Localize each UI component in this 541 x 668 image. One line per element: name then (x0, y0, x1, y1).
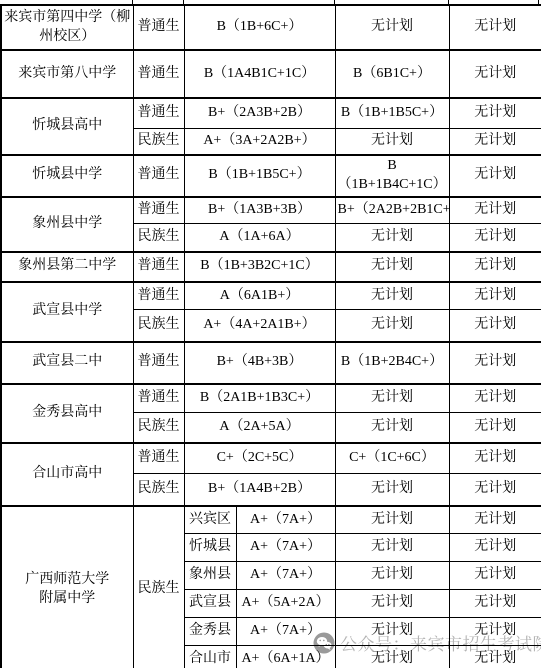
student-type-cell: 普通生 (133, 50, 184, 98)
student-type-cell: 普通生 (133, 282, 184, 310)
requirement-cell-2: 无计划 (335, 474, 449, 506)
admission-table-body: 来宾市第四中学（柳 州校区）普通生B（1B+6C+）无计划无计划来宾市第八中学普… (1, 5, 541, 668)
school-cell: 广西师范大学 附属中学 (1, 506, 133, 668)
school-cell: 象州县中学 (1, 197, 133, 252)
requirement-cell-1: B（1A4B1C+1C） (184, 50, 335, 98)
student-type-cell: 普通生 (133, 342, 184, 384)
school-cell: 来宾市第四中学（柳 州校区） (1, 5, 133, 50)
requirement-cell-2: B（1B+1B4C+1C） (335, 155, 449, 197)
school-cell: 金秀县高中 (1, 384, 133, 443)
student-type-cell: 普通生 (133, 443, 184, 474)
requirement-cell-3: 无计划 (449, 310, 541, 342)
requirement-cell-3: 无计划 (449, 590, 541, 618)
table-row: 来宾市第八中学普通生B（1A4B1C+1C）B（6B1C+）无计划 (1, 50, 541, 98)
district-cell: 金秀县 (184, 618, 236, 646)
requirement-cell-2: 无计划 (335, 506, 449, 534)
requirement-cell-3: 无计划 (449, 50, 541, 98)
requirement-cell-3: 无计划 (449, 128, 541, 155)
requirement-cell-1: A（6A1B+） (184, 282, 335, 310)
student-type-cell: 普通生 (133, 5, 184, 50)
district-cell: 武宣县 (184, 590, 236, 618)
requirement-cell-2: 无计划 (335, 128, 449, 155)
requirement-cell-2: B（6B1C+） (335, 50, 449, 98)
school-cell: 象州县第二中学 (1, 252, 133, 282)
requirement-cell-1: B（1B+1B5C+） (184, 155, 335, 197)
student-type-cell: 民族生 (133, 506, 184, 668)
table-row: 来宾市第四中学（柳 州校区）普通生B（1B+6C+）无计划无计划 (1, 5, 541, 50)
student-type-cell: 民族生 (133, 128, 184, 155)
table-row: 忻城县高中普通生B+（2A3B+2B）B（1B+1B5C+）无计划 (1, 98, 541, 128)
table-row: 忻城县中学普通生B（1B+1B5C+）B（1B+1B4C+1C）无计划 (1, 155, 541, 197)
requirement-cell-3: 无计划 (449, 98, 541, 128)
requirement-cell-2: C+（1C+6C） (335, 443, 449, 474)
district-cell: 忻城县 (184, 534, 236, 562)
student-type-cell: 普通生 (133, 384, 184, 413)
requirement-cell-1: A（2A+5A） (184, 413, 335, 443)
student-type-cell: 民族生 (133, 413, 184, 443)
school-cell: 武宣县二中 (1, 342, 133, 384)
requirement-cell-3: 无计划 (449, 342, 541, 384)
requirement-cell-3: 无计划 (449, 618, 541, 646)
requirement-cell-3: 无计划 (449, 646, 541, 668)
requirement-cell-3: 无计划 (449, 474, 541, 506)
requirement-cell-3: 无计划 (449, 197, 541, 224)
requirement-cell-1: A+（5A+2A） (236, 590, 335, 618)
table-row: 金秀县高中普通生B（2A1B+1B3C+）无计划无计划 (1, 384, 541, 413)
student-type-cell: 普通生 (133, 98, 184, 128)
requirement-cell-2: 无计划 (335, 413, 449, 443)
student-type-cell: 民族生 (133, 310, 184, 342)
requirement-cell-3: 无计划 (449, 252, 541, 282)
requirement-cell-2: B+（2A2B+2B1C+） (335, 197, 449, 224)
requirement-cell-3: 无计划 (449, 562, 541, 590)
requirement-cell-2: 无计划 (335, 224, 449, 252)
student-type-cell: 民族生 (133, 224, 184, 252)
requirement-cell-1: B+（2A3B+2B） (184, 98, 335, 128)
school-cell: 合山市高中 (1, 443, 133, 506)
requirement-cell-2: 无计划 (335, 384, 449, 413)
requirement-cell-1: A+（7A+） (236, 534, 335, 562)
student-type-cell: 普通生 (133, 252, 184, 282)
requirement-cell-3: 无计划 (449, 224, 541, 252)
table-row: 武宣县二中普通生B+（4B+3B）B（1B+2B4C+）无计划 (1, 342, 541, 384)
table-row: 象州县第二中学普通生B（1B+3B2C+1C）无计划无计划 (1, 252, 541, 282)
student-type-cell: 普通生 (133, 155, 184, 197)
requirement-cell-3: 无计划 (449, 443, 541, 474)
table-row: 象州县中学普通生B+（1A3B+3B）B+（2A2B+2B1C+）无计划 (1, 197, 541, 224)
table-row: 武宣县中学普通生A（6A1B+）无计划无计划 (1, 282, 541, 310)
requirement-cell-1: A+（7A+） (236, 506, 335, 534)
requirement-cell-1: A+（3A+2A2B+） (184, 128, 335, 155)
requirement-cell-1: C+（2C+5C） (184, 443, 335, 474)
requirement-cell-3: 无计划 (449, 155, 541, 197)
requirement-cell-1: A+（6A+1A） (236, 646, 335, 668)
requirement-cell-2: 无计划 (335, 590, 449, 618)
requirement-cell-2: 无计划 (335, 534, 449, 562)
requirement-cell-2: 无计划 (335, 5, 449, 50)
school-cell: 来宾市第八中学 (1, 50, 133, 98)
requirement-cell-2: 无计划 (335, 618, 449, 646)
requirement-cell-1: B+（1A3B+3B） (184, 197, 335, 224)
requirement-cell-1: A+（4A+2A1B+） (184, 310, 335, 342)
admission-requirements-page: 公众号：来宾市招生考试院 来宾市第四中学（柳 州校区）普通生B（1B+6C+）无… (0, 0, 541, 668)
requirement-cell-2: 无计划 (335, 252, 449, 282)
requirement-cell-2: 无计划 (335, 646, 449, 668)
requirement-cell-1: B（2A1B+1B3C+） (184, 384, 335, 413)
student-type-cell: 普通生 (133, 197, 184, 224)
table-row: 广西师范大学 附属中学民族生兴宾区A+（7A+）无计划无计划 (1, 506, 541, 534)
requirement-cell-3: 无计划 (449, 534, 541, 562)
district-cell: 合山市 (184, 646, 236, 668)
requirement-cell-3: 无计划 (449, 506, 541, 534)
district-cell: 象州县 (184, 562, 236, 590)
school-cell: 忻城县高中 (1, 98, 133, 155)
requirement-cell-1: B（1B+3B2C+1C） (184, 252, 335, 282)
school-cell: 武宣县中学 (1, 282, 133, 342)
student-type-cell: 民族生 (133, 474, 184, 506)
requirement-cell-3: 无计划 (449, 384, 541, 413)
requirement-cell-3: 无计划 (449, 282, 541, 310)
table-row: 合山市高中普通生C+（2C+5C）C+（1C+6C）无计划 (1, 443, 541, 474)
district-cell: 兴宾区 (184, 506, 236, 534)
requirement-cell-1: B+（1A4B+2B） (184, 474, 335, 506)
school-cell: 忻城县中学 (1, 155, 133, 197)
requirement-cell-2: 无计划 (335, 310, 449, 342)
requirement-cell-3: 无计划 (449, 413, 541, 443)
requirement-cell-2: B（1B+2B4C+） (335, 342, 449, 384)
requirement-cell-2: B（1B+1B5C+） (335, 98, 449, 128)
requirement-cell-2: 无计划 (335, 282, 449, 310)
requirement-cell-1: A（1A+6A） (184, 224, 335, 252)
requirement-cell-1: B+（4B+3B） (184, 342, 335, 384)
requirement-cell-1: B（1B+6C+） (184, 5, 335, 50)
requirement-cell-2: 无计划 (335, 562, 449, 590)
requirement-cell-1: A+（7A+） (236, 618, 335, 646)
admission-table: 来宾市第四中学（柳 州校区）普通生B（1B+6C+）无计划无计划来宾市第八中学普… (0, 4, 541, 668)
requirement-cell-1: A+（7A+） (236, 562, 335, 590)
requirement-cell-3: 无计划 (449, 5, 541, 50)
